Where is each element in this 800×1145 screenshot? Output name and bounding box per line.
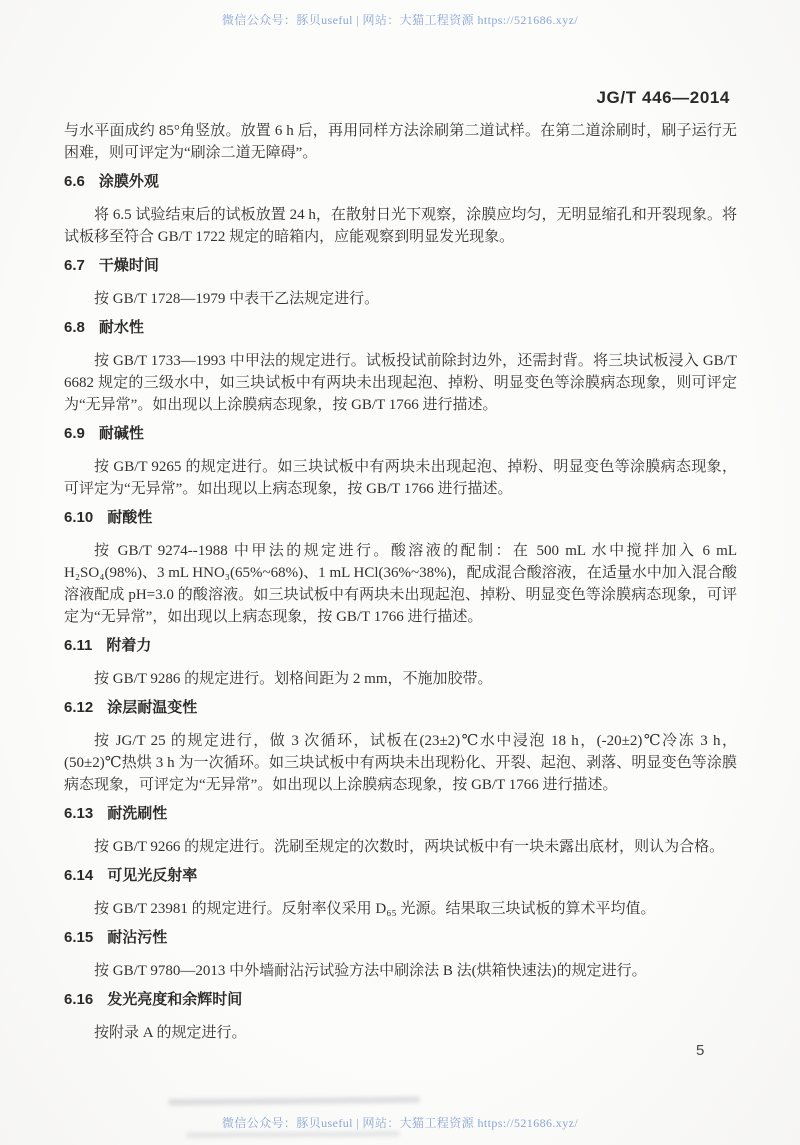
section-title: 耐酸性 (107, 509, 152, 526)
section-title: 附着力 (106, 637, 151, 654)
section: 6.10耐酸性 按 GB/T 9274--1988 中甲法的规定进行。酸溶液的配… (64, 507, 737, 628)
section-paragraph: 按 GB/T 1728—1979 中表干乙法规定进行。 (64, 288, 737, 310)
section-number: 6.12 (64, 697, 93, 719)
section-heading: 6.7干燥时间 (64, 255, 737, 277)
section-number: 6.15 (64, 927, 93, 949)
section-title: 干燥时间 (99, 257, 159, 274)
section: 6.6涂膜外观 将 6.5 试验结束后的试板放置 24 h，在散射日光下观察，涂… (64, 171, 737, 248)
section: 6.15耐沾污性 按 GB/T 9780—2013 中外墙耐沾污试验方法中刷涂法… (64, 927, 737, 982)
section-paragraph: 按 GB/T 9265 的规定进行。如三块试板中有两块未出现起泡、掉粉、明显变色… (64, 456, 737, 500)
section-title: 可见光反射率 (107, 867, 197, 884)
section-number: 6.10 (64, 507, 93, 529)
section: 6.11附着力 按 GB/T 9286 的规定进行。划格间距为 2 mm，不施加… (64, 635, 737, 690)
section: 6.14可见光反射率 按 GB/T 23981 的规定进行。反射率仪采用 D₆₅… (64, 865, 737, 920)
section: 6.16发光亮度和余辉时间 按附录 A 的规定进行。 (64, 989, 737, 1044)
section-title: 耐水性 (99, 319, 144, 336)
section-number: 6.6 (64, 171, 85, 193)
document-body: 与水平面成约 85°角竖放。放置 6 h 后，再用同样方法涂刷第二道试样。在第二… (64, 120, 737, 1044)
bleed-through-artifact (186, 1131, 400, 1137)
section-number: 6.14 (64, 865, 93, 887)
continuation-paragraph: 与水平面成约 85°角竖放。放置 6 h 后，再用同样方法涂刷第二道试样。在第二… (64, 120, 737, 164)
section-heading: 6.14可见光反射率 (64, 865, 737, 887)
section-heading: 6.11附着力 (64, 635, 737, 657)
section-heading: 6.10耐酸性 (64, 507, 737, 529)
section-number: 6.7 (64, 255, 85, 277)
section-title: 耐碱性 (99, 425, 144, 442)
section: 6.7干燥时间 按 GB/T 1728—1979 中表干乙法规定进行。 (64, 255, 737, 310)
section-heading: 6.9耐碱性 (64, 423, 737, 445)
section-paragraph: 按 GB/T 1733—1993 中甲法的规定进行。试板投试前除封边外，还需封背… (64, 350, 737, 416)
scanned-document-page: 微信公众号：豚贝useful | 网站：大猫工程资源 https://52168… (0, 0, 800, 1145)
page-number: 5 (696, 1042, 704, 1059)
section-number: 6.8 (64, 317, 85, 339)
section-paragraph: 按 GB/T 9266 的规定进行。洗刷至规定的次数时，两块试板中有一块未露出底… (64, 836, 737, 858)
section-paragraph: 按 JG/T 25 的规定进行，做 3 次循环，试板在(23±2)℃水中浸泡 1… (64, 730, 737, 796)
section-title: 发光亮度和余辉时间 (107, 991, 242, 1008)
section: 6.8耐水性 按 GB/T 1733—1993 中甲法的规定进行。试板投试前除封… (64, 317, 737, 416)
section-title: 涂层耐温变性 (107, 699, 197, 716)
section-heading: 6.15耐沾污性 (64, 927, 737, 949)
section-heading: 6.8耐水性 (64, 317, 737, 339)
section-heading: 6.13耐洗刷性 (64, 803, 737, 825)
section-paragraph: 按 GB/T 9274--1988 中甲法的规定进行。酸溶液的配制：在 500 … (64, 540, 737, 628)
section-heading: 6.12涂层耐温变性 (64, 697, 737, 719)
section-title: 涂膜外观 (99, 173, 159, 190)
section: 6.9耐碱性 按 GB/T 9265 的规定进行。如三块试板中有两块未出现起泡、… (64, 423, 737, 500)
section: 6.12涂层耐温变性 按 JG/T 25 的规定进行，做 3 次循环，试板在(2… (64, 697, 737, 796)
watermark-bottom: 微信公众号：豚贝useful | 网站：大猫工程资源 https://52168… (0, 1114, 800, 1131)
section-number: 6.11 (64, 635, 92, 657)
watermark-top: 微信公众号：豚贝useful | 网站：大猫工程资源 https://52168… (0, 11, 800, 28)
section-paragraph: 按 GB/T 9780—2013 中外墙耐沾污试验方法中刷涂法 B 法(烘箱快速… (64, 960, 737, 982)
section-heading: 6.6涂膜外观 (64, 171, 737, 193)
section-heading: 6.16发光亮度和余辉时间 (64, 989, 737, 1011)
section-title: 耐沾污性 (107, 929, 167, 946)
section-paragraph: 按 GB/T 9286 的规定进行。划格间距为 2 mm，不施加胶带。 (64, 668, 737, 690)
section-number: 6.13 (64, 803, 93, 825)
section-paragraph: 按 GB/T 23981 的规定进行。反射率仪采用 D₆₅ 光源。结果取三块试板… (64, 898, 737, 920)
section-paragraph: 将 6.5 试验结束后的试板放置 24 h，在散射日光下观察，涂膜应均匀，无明显… (64, 204, 737, 248)
bleed-through-artifact (168, 1097, 420, 1106)
section: 6.13耐洗刷性 按 GB/T 9266 的规定进行。洗刷至规定的次数时，两块试… (64, 803, 737, 858)
standard-number: JG/T 446—2014 (597, 88, 731, 108)
section-title: 耐洗刷性 (107, 805, 167, 822)
section-paragraph: 按附录 A 的规定进行。 (64, 1022, 737, 1044)
section-number: 6.9 (64, 423, 85, 445)
section-number: 6.16 (64, 989, 93, 1011)
